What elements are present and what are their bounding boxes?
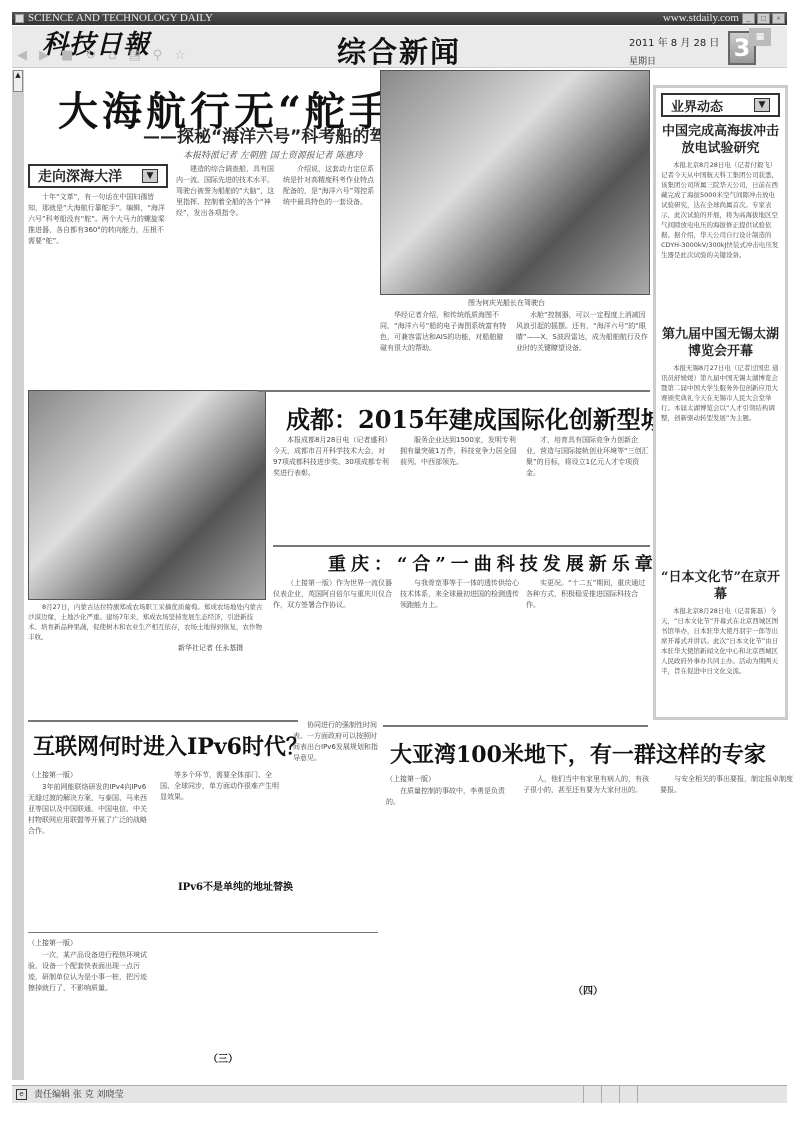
column-box[interactable]: 走向深海大洋 ▼ (28, 164, 168, 188)
star-icon[interactable]: ☆ (174, 48, 186, 63)
close-button[interactable]: × (772, 13, 785, 24)
chongqing-col3: 实更况。“十二五”期间，重庆通过各种方式，积极稳妥推进国际科技合作。 (526, 578, 650, 718)
chengdu-col2: 服务企业达到1500家，发明专利拥有量突破1万件，科技竞争力居全国前列、中西部领… (400, 435, 520, 540)
search-icon[interactable]: ⚲ (153, 48, 163, 63)
page-icon: e (16, 1089, 27, 1100)
app-icon (15, 14, 24, 23)
vertical-scrollbar[interactable]: ▲ (12, 70, 24, 1080)
section-title: 综合新闻 (337, 30, 461, 71)
issue-weekday: 星期日 (629, 54, 656, 67)
scroll-up-icon[interactable]: ▲ (13, 70, 23, 92)
grape-photo[interactable] (28, 390, 266, 600)
ipv6-col3: 协同进行的强制性时间表。一方面政府可以按照时间表出台IPv6发展规划和指导意见。 (293, 720, 378, 930)
newspaper-page: 大海航行无“舵手” ——探秘“海洋六号”科考船的驾控系统 本报特派记者 左朝胜 … (28, 70, 798, 1080)
ipv6-col2: 等多个环节，需要全体部门、全国、全球同步，单方面动作很难产生明显效果。 (160, 770, 285, 870)
window-title: SCIENCE AND TECHNOLOGY DAILY (28, 12, 213, 24)
divider (383, 725, 648, 727)
bottom-left-col1: 一次，某产品设备进行程热环境试验，设备一个配套快表面出现一点污迹，研制单位认为是… (28, 950, 153, 1080)
bridge-photo-caption: 图为何庆光船长在驾驶台 (468, 298, 545, 308)
sidebar-item-title[interactable]: “日本文化节”在京开幕 (656, 569, 785, 603)
back-icon[interactable]: ◀ (17, 48, 27, 63)
continued-label: （上接第一版） (386, 774, 435, 784)
issue-date: 2011 年 8 月 28 日 (629, 34, 719, 49)
forward-icon[interactable]: ▶ (39, 48, 49, 63)
reader-toolbar: 科技日報 ◀ ▶ ■ ↻ ⌂ ▤ ⚲ ☆ 综合新闻 2011 年 8 月 28 … (12, 26, 787, 68)
sidebar-header-label: 业界动态 (671, 96, 723, 115)
section-marker: （三） (208, 1050, 238, 1065)
divider (28, 720, 298, 722)
refresh-icon[interactable]: ↻ (85, 48, 96, 63)
photo-credit: 新华社记者 任永基摄 (178, 643, 243, 653)
industry-news-sidebar: 业界动态 ▼ 中国完成高海拔冲击放电试验研究 本报北京8月28日电（记者付毅飞）… (653, 85, 788, 720)
ipv6-subhead: IPv6不是单纯的地址替换 (178, 878, 293, 893)
chengdu-col3: 才，培育具有国际竞争力创新企业，营造与国际接轨创业环境等“三创汇聚”的目标，将设… (526, 435, 650, 540)
dayawan-col1: 在质量控制的事故中，李勇是负责的。 (386, 786, 516, 986)
ipv6-headline[interactable]: 互联网何时进入IPv6时代？ (33, 730, 308, 761)
section-marker: （四） (573, 982, 603, 997)
chongqing-col1: （上接第一版）作为世界一流仪器仪表企业，英国阿自倍尔与重庆川仪合作，双方签署合作… (273, 578, 393, 718)
main-story-col2: 建造的综合调查船，具有国内一流、国际先进的技术水平。驾驶台被誉为船舶的“大脑”，… (176, 164, 276, 382)
status-bar: e 责任编辑 张 克 刘晓莹 (12, 1085, 787, 1103)
sidebar-header[interactable]: 业界动态 ▼ (661, 93, 780, 117)
continued-label: （上接第一版） (28, 938, 77, 948)
divider (273, 545, 650, 547)
editor-credits: 责任编辑 张 克 刘晓莹 (34, 1090, 124, 1100)
stop-icon[interactable]: ■ (61, 48, 73, 63)
restore-button[interactable]: □ (757, 13, 770, 24)
home-icon[interactable]: ⌂ (108, 48, 116, 63)
chongqing-col2: 与我骨宽事等于一体的透传供给心技术体系，来全球最初进国的检测透传领跑能力上。 (400, 578, 520, 718)
grid-view-icon[interactable]: ▦ (749, 28, 771, 46)
column-box-label: 走向深海大洋 (38, 166, 122, 186)
site-url[interactable]: www.stdaily.com (663, 12, 739, 25)
chengdu-col1: 本报成都8月28日电（记者盛利）今天，成都市召开科学技术大会，对97项成都科技进… (273, 435, 393, 540)
main-story-col4: 华经记者介绍，和传统纸质海图不同，“海洋六号”船的电子海图系统富有特色，可兼容雷… (380, 310, 510, 382)
bridge-photo[interactable] (380, 70, 650, 295)
main-story-col5: 水舱”控制器，可以一定程度上消减因风浪引起的摇摆。还有，“海洋六号”的“眼睛”—… (516, 310, 650, 382)
main-story-col3: 介绍说，这套动力定位系统是针对高精度科考作业特点配备的，是“海洋六号”驾控系统中… (283, 164, 378, 382)
main-byline: 本报特派记者 左朝胜 国土资源报记者 陈惠玲 (183, 148, 363, 161)
main-story-col1: 十年“文革”，有一句话在中国妇孺皆知，那就是“大海航行靠舵手”。编辑，“海洋六号… (28, 192, 168, 382)
sidebar-item-body: 本报无锡8月27日电（记者过国忠 通讯员舒媛媛）第九届中国无锡太湖博览会暨第二届… (656, 363, 785, 563)
dropdown-icon[interactable]: ▼ (754, 98, 770, 112)
grape-photo-caption: 8月27日，内蒙古达拉特旗郑成农场职工采摘优质葡萄。郑成农场地处内蒙古沙漠边缘，… (28, 602, 266, 642)
globe-icon (637, 1086, 787, 1103)
sidebar-item-title[interactable]: 中国完成高海拔冲击放电试验研究 (656, 123, 785, 157)
minimize-button[interactable]: _ (742, 13, 755, 24)
view-icon[interactable]: ▤ (128, 48, 140, 63)
dayawan-col3: 与安全相关的事出要报，制定报卓制度要报。 (660, 774, 795, 974)
dayawan-headline[interactable]: 大亚湾100米地下，有一群这样的专家 (390, 738, 766, 769)
sidebar-item-title[interactable]: 第九届中国无锡太湖博览会开幕 (656, 326, 785, 360)
dayawan-col2: 人，他们当中有家里有病人的，有孩子很小的，甚至还有要为大家付出的。 (523, 774, 653, 974)
ipv6-col1: 3年前网能联络研发的IPv4向IPv6无缝过渡的解决方案，与泰国、马来西亚等国以… (28, 782, 153, 930)
divider (28, 932, 378, 933)
sidebar-item-body: 本报北京8月28日电（记者付毅飞）记者今天从中国航天科工集团公司获悉，该集团公司… (656, 160, 785, 320)
status-cell (583, 1086, 601, 1103)
status-cell (601, 1086, 619, 1103)
chongqing-headline[interactable]: 重庆：“合”一曲科技发展新乐章 (328, 550, 658, 576)
sidebar-item-body: 本报北京8月28日电（记者陈磊）今天，“日本文化节”开幕式在北京西城区图书馆举办… (656, 606, 785, 736)
continued-label: （上接第一版） (28, 770, 77, 780)
dropdown-icon[interactable]: ▼ (142, 169, 158, 183)
chengdu-headline[interactable]: 成都：2015年建成国际化创新型城市 (286, 400, 689, 435)
divider (258, 390, 650, 392)
status-cell (619, 1086, 637, 1103)
